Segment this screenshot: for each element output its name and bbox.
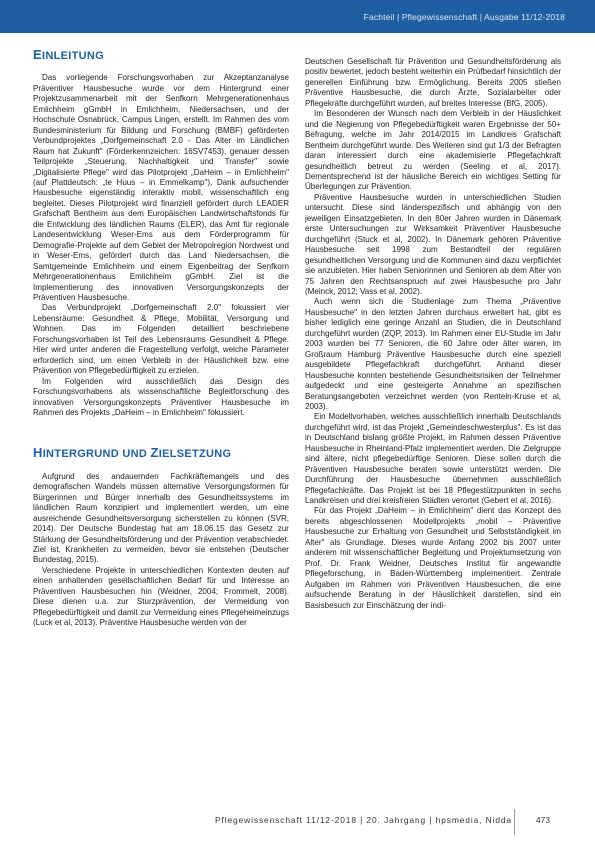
paragraph: Deutschen Gesellschaft für Prävention un… xyxy=(305,57,561,109)
page-number: 473 xyxy=(536,815,550,825)
footer-citation: Pflegewissenschaft 11/12-2018 | 20. Jahr… xyxy=(215,815,512,825)
header-bar: Fachteil | Pflegewissenschaft | Ausgabe … xyxy=(0,0,595,33)
footer-divider xyxy=(514,809,515,835)
section-heading-einleitung: EINLEITUNG xyxy=(33,50,289,61)
paragraph: Präventive Hausbesuche wurden in untersc… xyxy=(305,193,561,298)
paragraph: Ein Modellvorhaben, welches ausschließli… xyxy=(305,412,561,506)
running-title: Fachteil | Pflegewissenschaft | Ausgabe … xyxy=(364,12,565,22)
left-column: EINLEITUNG Das vorliegende Forschungsvor… xyxy=(33,48,289,629)
paragraph: Im Folgenden wird ausschließlich das Des… xyxy=(33,377,289,419)
section-heading-hintergrund: HINTERGRUND UND ZIELSETZUNG xyxy=(33,448,289,459)
paragraph: Aufgrund des andauernden Fachkräftemange… xyxy=(33,472,289,566)
page-footer: Pflegewissenschaft 11/12-2018 | 20. Jahr… xyxy=(0,815,595,835)
paragraph: Das Verbundprojekt „Dorfgemeinschaft 2.0… xyxy=(33,303,289,376)
paragraph: Auch wenn sich die Studienlage zum Thema… xyxy=(305,297,561,412)
paragraph: Im Besonderen der Wunsch nach dem Verble… xyxy=(305,109,561,193)
right-column: Deutschen Gesellschaft für Prävention un… xyxy=(305,57,561,611)
paragraph: Das vorliegende Forschungsvorhaben zur A… xyxy=(33,73,289,303)
paragraph: Für das Projekt „DaHeim – in Emlichheim"… xyxy=(305,506,561,611)
paragraph: Verschiedene Projekte in unterschiedlich… xyxy=(33,566,289,629)
